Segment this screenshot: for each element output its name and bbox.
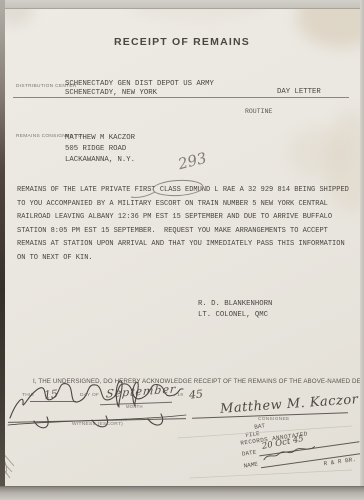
message-body: REMAINS OF THE LATE PRIVATE FIRST CLASS … — [17, 184, 351, 265]
signer-name: R. D. BLANKENHORN — [198, 300, 272, 308]
handwritten-month: September — [105, 382, 176, 400]
certification-statement: I, THE UNDERSIGNED, DO HEREBY ACKNOWLEDG… — [33, 378, 364, 385]
body-line: RAILROAD LEAVING ALBANY 12:36 PM EST 15 … — [17, 211, 351, 225]
photo-left-edge — [0, 0, 5, 500]
document-title: RECEIPT OF REMAINS — [0, 36, 364, 48]
this-label: THIS — [22, 393, 34, 398]
origin-station-line1: SCHENECTADY GEN DIST DEPOT US ARMY — [65, 80, 214, 88]
handwritten-year: 45 — [188, 387, 203, 401]
day-of-label: DAY OF — [80, 393, 99, 398]
precedence-value: ROUTINE — [245, 108, 272, 115]
records-annotated-stamp: BAT FILE RECORDS ANNOTATED DATE 20 Oct 4… — [238, 410, 362, 480]
aging-stain — [288, 128, 348, 178]
consignee-name: MATTHEW M KACZOR — [65, 134, 135, 142]
day-blank-line — [30, 400, 76, 402]
body-line: REMAINS AT STATION UPON ARRIVAL AND THAT… — [17, 238, 351, 252]
year-label: , 19 — [174, 393, 183, 398]
scanned-document-photo: RECEIPT OF REMAINS DISTRIBUTION CENTER S… — [0, 0, 364, 500]
body-line: REMAINS OF THE LATE PRIVATE FIRST CLASS … — [17, 184, 351, 198]
service-class-value: DAY LETTER — [277, 88, 321, 96]
paper-sheet: RECEIPT OF REMAINS DISTRIBUTION CENTER S… — [0, 0, 364, 487]
body-line: STATION 8:05 PM EST 15 SEPTEMBER. REQUES… — [17, 225, 351, 239]
signer-rank: LT. COLONEL, QMC — [198, 311, 268, 319]
consignee-address-line1: 505 RIDGE ROAD — [65, 145, 126, 153]
pencil-annotation: 293 — [176, 149, 208, 173]
witness-caption: WITNESS (ESCORT) — [72, 422, 123, 427]
photo-bottom-edge — [0, 486, 364, 500]
photo-top-edge — [0, 0, 364, 9]
photo-right-edge — [360, 0, 364, 500]
header-rule — [13, 96, 349, 98]
body-line: ON TO NEXT OF KIN. — [17, 252, 351, 266]
body-line: TO YOU ACCOMPANIED BY A MILITARY ESCORT … — [17, 198, 351, 212]
month-caption: MONTH — [126, 404, 143, 409]
consignee-address-line2: LACKAWANNA, N.Y. — [65, 156, 135, 164]
